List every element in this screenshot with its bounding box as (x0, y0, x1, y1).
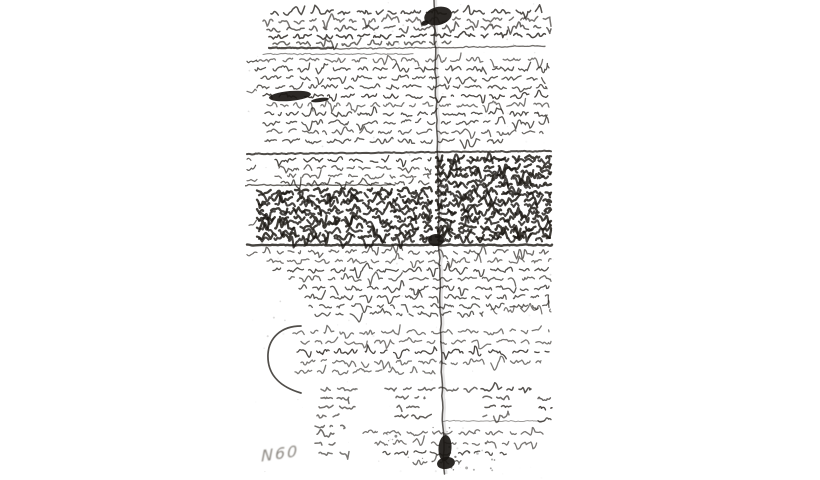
spatter-dot (450, 467, 452, 469)
speck (263, 348, 264, 349)
speck (462, 427, 464, 429)
script-line (267, 99, 549, 113)
script-line (263, 245, 554, 259)
speck (280, 292, 281, 293)
speck (378, 460, 379, 461)
speck (255, 248, 256, 249)
speck (385, 363, 386, 364)
handwriting-dense-left-block (257, 187, 436, 248)
speck (544, 143, 545, 144)
speck (277, 258, 278, 259)
speck (400, 470, 402, 472)
speck (546, 123, 547, 124)
script-line (319, 452, 349, 459)
script-line (263, 117, 551, 131)
speck (264, 471, 265, 472)
script-line (261, 75, 552, 84)
speck (374, 32, 375, 33)
script-line (247, 158, 258, 160)
script-line (275, 156, 431, 167)
speck (282, 333, 284, 335)
speck (445, 288, 447, 290)
script-line (319, 405, 355, 409)
speck (502, 473, 503, 474)
speck (398, 43, 400, 45)
speck (252, 320, 253, 321)
speck (368, 60, 369, 61)
speck (467, 317, 468, 318)
speck (519, 467, 520, 468)
handwriting-name-column-2 (385, 387, 477, 418)
script-line (301, 337, 551, 349)
script-line (315, 425, 345, 428)
speck (302, 407, 303, 408)
speck (528, 116, 529, 117)
center-fold-blot (428, 234, 444, 246)
speck (267, 335, 269, 337)
speck (403, 82, 404, 83)
speck (472, 371, 473, 372)
speck (502, 2, 504, 4)
speck (389, 405, 390, 406)
script-line (315, 442, 335, 445)
speck (373, 137, 375, 139)
speck (413, 62, 415, 64)
manuscript-page: N60 (245, 0, 555, 480)
script-line (485, 405, 511, 407)
spatter-dot (386, 433, 388, 435)
speck (409, 348, 410, 349)
speck (384, 314, 385, 315)
script-line (263, 14, 551, 28)
speck (279, 301, 281, 303)
speck (392, 30, 394, 32)
speck (549, 378, 550, 379)
script-line (269, 47, 333, 48)
script-line (297, 345, 549, 359)
speck (350, 306, 351, 307)
speck (472, 77, 473, 78)
spatter-dot (491, 469, 493, 471)
speck (507, 126, 508, 127)
manuscript-art (245, 0, 555, 480)
speck (521, 339, 523, 341)
handwriting-dense-right-block (436, 153, 554, 243)
speck (388, 2, 389, 3)
speck (375, 33, 377, 35)
speck (265, 167, 266, 168)
speck (380, 168, 381, 169)
script-line (321, 397, 349, 403)
script-line (265, 107, 547, 117)
speck (389, 438, 391, 440)
spatter-dot (494, 459, 496, 461)
speck (528, 314, 530, 316)
speck (343, 256, 344, 257)
speck (402, 295, 404, 297)
spatter-dot (446, 431, 447, 432)
speck (476, 240, 477, 241)
spatter-dot (475, 433, 476, 434)
script-line (247, 60, 258, 63)
speck (257, 56, 258, 57)
script-line (247, 165, 259, 171)
script-line (267, 22, 551, 35)
script-line (289, 272, 551, 286)
script-line (396, 396, 425, 399)
speck (553, 259, 554, 260)
speck (509, 22, 510, 23)
speck (432, 379, 433, 380)
spatter-dot (465, 466, 468, 469)
bottom-fold-blot-2 (436, 456, 456, 471)
script-line (281, 177, 434, 189)
speck (402, 24, 404, 26)
speck (348, 320, 350, 322)
handwriting-opening-paragraph (255, 53, 552, 149)
script-line (255, 62, 549, 74)
speck (540, 477, 542, 479)
speck (305, 55, 306, 56)
speck (534, 52, 536, 54)
speck (392, 338, 393, 339)
script-line (247, 151, 551, 155)
script-line (265, 137, 506, 148)
script-line (263, 53, 413, 55)
spatter-dot (458, 463, 459, 464)
spatter-dot (431, 461, 432, 462)
script-line (293, 325, 549, 338)
speck (540, 212, 542, 214)
spatter-dot (476, 452, 479, 455)
spatter-dot (449, 427, 451, 429)
speck (362, 247, 363, 248)
spatter-dot (432, 427, 433, 428)
speck (498, 424, 499, 425)
spatter-dot (468, 451, 471, 454)
script-line (395, 414, 436, 418)
spatter-dot (394, 435, 397, 438)
script-line (397, 405, 419, 411)
speck (320, 106, 321, 107)
speck (436, 327, 438, 329)
speck (513, 44, 514, 45)
speck (366, 323, 367, 324)
speck (435, 470, 437, 472)
handwriting-left-paragraph (275, 156, 434, 190)
speck (460, 4, 461, 5)
script-line (301, 356, 541, 370)
handwriting-closing-paragraph (293, 325, 551, 375)
spatter-dot (448, 446, 450, 448)
script-line (247, 89, 261, 93)
handwriting-name-column-1 (315, 388, 357, 460)
speck (525, 141, 527, 143)
script-line (483, 396, 509, 400)
spatter-dot (491, 459, 493, 461)
handwriting-header-block (263, 5, 551, 50)
speck (506, 39, 508, 41)
speck (276, 173, 277, 174)
spatter-dot (407, 456, 409, 458)
photo-canvas: N60 (0, 0, 820, 480)
speck (249, 70, 251, 72)
script-line (481, 383, 531, 393)
script-line (443, 420, 545, 421)
speck (484, 52, 485, 53)
speck (348, 442, 349, 443)
script-line (321, 388, 357, 392)
spatter-dot (473, 469, 475, 471)
speck (537, 285, 539, 287)
speck (372, 335, 374, 337)
spatter-dot (435, 456, 436, 457)
spatter-dot (388, 440, 389, 441)
spatter-dot (485, 442, 486, 443)
speck (507, 113, 509, 115)
spatter-dot (490, 467, 492, 469)
script-line (259, 53, 547, 67)
speck (365, 238, 367, 240)
speck (425, 393, 426, 394)
speck (248, 110, 250, 112)
brace-path (268, 326, 301, 393)
speck (347, 381, 348, 382)
speck (329, 138, 330, 139)
spatter-dot (392, 439, 394, 441)
speck (494, 45, 495, 46)
speck (410, 133, 412, 135)
speck (480, 93, 482, 95)
script-line (317, 430, 342, 438)
speck (337, 324, 338, 325)
speck (402, 385, 403, 386)
speck (255, 401, 257, 403)
spatter-dot (454, 456, 456, 458)
script-line (538, 418, 551, 422)
speck (409, 154, 411, 156)
speck (322, 145, 324, 147)
speck (550, 274, 552, 276)
script-line (375, 436, 542, 449)
spatter-dot (453, 469, 455, 471)
speck (485, 116, 486, 117)
script-line (539, 407, 552, 410)
script-line (385, 387, 477, 392)
speck (533, 3, 535, 5)
script-line (315, 308, 483, 322)
handwriting-name-column-3 (481, 383, 531, 423)
speck (376, 276, 377, 277)
speck (297, 399, 298, 400)
script-line (271, 5, 545, 18)
script-line (257, 83, 547, 92)
speck (530, 467, 532, 469)
speck (468, 125, 470, 127)
script-line (247, 252, 257, 256)
speck (382, 205, 383, 206)
speck (509, 113, 510, 114)
spatter-dot (444, 433, 447, 436)
spatter-dot (481, 450, 483, 452)
spatter-dot (422, 458, 423, 459)
script-line (538, 397, 554, 400)
speck (299, 75, 300, 76)
speck (273, 317, 275, 319)
speck (403, 286, 404, 287)
script-line (317, 414, 339, 418)
speck (473, 56, 474, 57)
script-line (267, 126, 543, 138)
speck (437, 360, 438, 361)
speck (460, 467, 461, 468)
script-line (247, 179, 257, 181)
speck (446, 399, 447, 400)
speck (396, 263, 398, 265)
brace-mark (268, 326, 301, 393)
script-line (436, 228, 551, 242)
handwriting-name-column-4 (538, 397, 554, 422)
left-ink-smear (269, 89, 312, 103)
speck (284, 320, 286, 322)
script-line (267, 253, 551, 267)
script-line (335, 46, 545, 50)
speck (456, 447, 458, 449)
speck (543, 289, 544, 290)
script-line (279, 165, 431, 174)
speck (268, 128, 269, 129)
speck (506, 80, 507, 81)
speck (539, 13, 540, 14)
speck (365, 71, 366, 72)
speck (273, 143, 275, 145)
handwriting-margin-marks (247, 60, 261, 256)
speck (442, 93, 444, 95)
script-line (275, 170, 429, 179)
script-line (363, 427, 543, 435)
speck (514, 436, 515, 437)
